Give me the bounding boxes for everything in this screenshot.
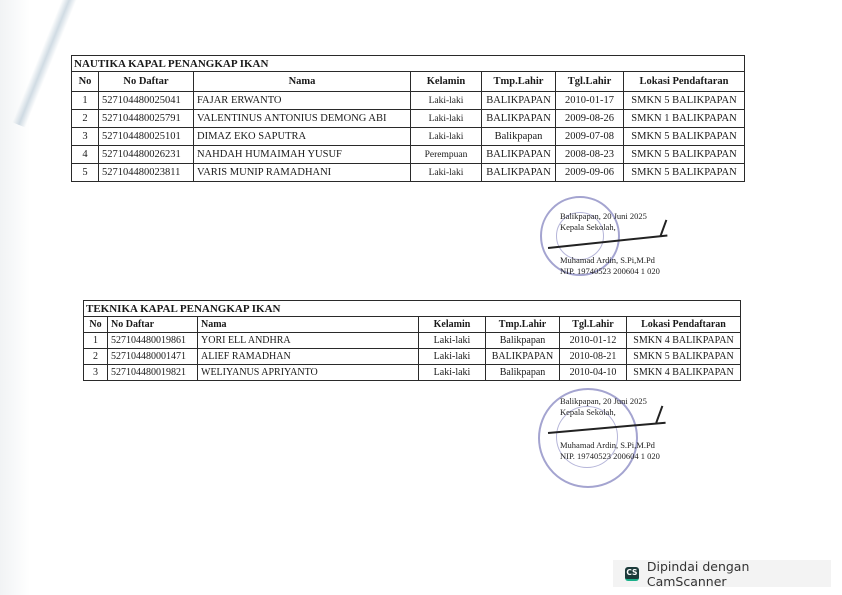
cell-tmp-lahir: BALIKPAPAN xyxy=(482,92,556,110)
cell-no: 3 xyxy=(84,365,108,381)
cell-no: 5 xyxy=(72,164,99,182)
table-title: TEKNIKA KAPAL PENANGKAP IKAN xyxy=(84,301,741,317)
cell-tgl-lahir: 2010-01-17 xyxy=(556,92,624,110)
signature-place-date: Balikpapan, 20 Juni 2025 xyxy=(560,396,660,407)
cell-tmp-lahir: Balikpapan xyxy=(482,128,556,146)
cell-no-daftar: 527104480001471 xyxy=(108,349,198,365)
signature-nip: NIP. 19740523 200604 1 020 xyxy=(560,451,660,462)
cell-kelamin: Laki-laki xyxy=(411,92,482,110)
header-tmp-lahir: Tmp.Lahir xyxy=(482,72,556,92)
cell-lokasi: SMKN 5 BALIKPAPAN xyxy=(624,92,745,110)
header-lokasi: Lokasi Pendaftaran xyxy=(627,317,741,333)
cell-tmp-lahir: BALIKPAPAN xyxy=(482,146,556,164)
table-body: 1527104480025041FAJAR ERWANTOLaki-lakiBA… xyxy=(72,92,745,182)
table-row: 1527104480019861YORI ELL ANDHRALaki-laki… xyxy=(84,333,741,349)
cell-tmp-lahir: BALIKPAPAN xyxy=(482,110,556,128)
cell-tgl-lahir: 2009-09-06 xyxy=(556,164,624,182)
cell-nama: WELIYANUS APRIYANTO xyxy=(198,365,419,381)
cell-no: 2 xyxy=(84,349,108,365)
header-no: No xyxy=(84,317,108,333)
cell-nama: VARIS MUNIP RAMADHANI xyxy=(194,164,411,182)
cell-no-daftar: 527104480023811 xyxy=(99,164,194,182)
camscanner-watermark: CS Dipindai dengan CamScanner xyxy=(613,560,831,587)
cell-tgl-lahir: 2010-08-21 xyxy=(560,349,627,365)
table-row: 3527104480025101DIMAZ EKO SAPUTRALaki-la… xyxy=(72,128,745,146)
cell-tgl-lahir: 2009-08-26 xyxy=(556,110,624,128)
header-tgl-lahir: Tgl.Lahir xyxy=(556,72,624,92)
cell-tgl-lahir: 2008-08-23 xyxy=(556,146,624,164)
camscanner-icon: CS xyxy=(625,567,639,581)
cell-kelamin: Laki-laki xyxy=(419,365,486,381)
cell-nama: FAJAR ERWANTO xyxy=(194,92,411,110)
signature-role: Kepala Sekolah, xyxy=(560,222,660,233)
cell-lokasi: SMKN 4 BALIKPAPAN xyxy=(627,333,741,349)
cell-lokasi: SMKN 5 BALIKPAPAN xyxy=(627,349,741,365)
cell-lokasi: SMKN 1 BALIKPAPAN xyxy=(624,110,745,128)
cell-nama: ALIEF RAMADHAN xyxy=(198,349,419,365)
table-row: 3527104480019821WELIYANUS APRIYANTOLaki-… xyxy=(84,365,741,381)
signature-role: Kepala Sekolah, xyxy=(560,407,660,418)
header-no-daftar: No Daftar xyxy=(99,72,194,92)
cell-kelamin: Perempuan xyxy=(411,146,482,164)
cell-kelamin: Laki-laki xyxy=(419,333,486,349)
cell-no-daftar: 527104480025041 xyxy=(99,92,194,110)
table-row: 2527104480001471ALIEF RAMADHANLaki-lakiB… xyxy=(84,349,741,365)
cell-kelamin: Laki-laki xyxy=(411,128,482,146)
cell-lokasi: SMKN 5 BALIKPAPAN xyxy=(624,128,745,146)
header-no: No xyxy=(72,72,99,92)
cell-tmp-lahir: BALIKPAPAN xyxy=(482,164,556,182)
header-kelamin: Kelamin xyxy=(411,72,482,92)
signature-name: Muhamad Ardin, S.Pi,M.Pd xyxy=(560,440,660,451)
cell-tmp-lahir: Balikpapan xyxy=(486,365,560,381)
cell-tgl-lahir: 2010-04-10 xyxy=(560,365,627,381)
cell-no-daftar: 527104480019861 xyxy=(108,333,198,349)
header-no-daftar: No Daftar xyxy=(108,317,198,333)
cell-no: 2 xyxy=(72,110,99,128)
table-teknika: TEKNIKA KAPAL PENANGKAP IKAN No No Dafta… xyxy=(83,300,741,381)
header-kelamin: Kelamin xyxy=(419,317,486,333)
table-row: 2527104480025791VALENTINUS ANTONIUS DEMO… xyxy=(72,110,745,128)
table-row: 5527104480023811VARIS MUNIP RAMADHANILak… xyxy=(72,164,745,182)
cell-lokasi: SMKN 4 BALIKPAPAN xyxy=(627,365,741,381)
camscanner-text: Dipindai dengan CamScanner xyxy=(647,559,831,589)
cell-nama: VALENTINUS ANTONIUS DEMONG ABI xyxy=(194,110,411,128)
table-title: NAUTIKA KAPAL PENANGKAP IKAN xyxy=(72,56,745,72)
table-row: 1527104480025041FAJAR ERWANTOLaki-lakiBA… xyxy=(72,92,745,110)
header-tmp-lahir: Tmp.Lahir xyxy=(486,317,560,333)
cell-no: 4 xyxy=(72,146,99,164)
header-tgl-lahir: Tgl.Lahir xyxy=(560,317,627,333)
cell-kelamin: Laki-laki xyxy=(411,110,482,128)
table-nautika: NAUTIKA KAPAL PENANGKAP IKAN No No Dafta… xyxy=(71,55,745,182)
cell-tmp-lahir: Balikpapan xyxy=(486,333,560,349)
cell-no-daftar: 527104480025791 xyxy=(99,110,194,128)
signature-place-date: Balikpapan, 20 Juni 2025 xyxy=(560,211,660,222)
cell-tgl-lahir: 2009-07-08 xyxy=(556,128,624,146)
cell-tgl-lahir: 2010-01-12 xyxy=(560,333,627,349)
cell-no: 3 xyxy=(72,128,99,146)
table-row: 4527104480026231NAHDAH HUMAIMAH YUSUFPer… xyxy=(72,146,745,164)
cell-lokasi: SMKN 5 BALIKPAPAN xyxy=(624,146,745,164)
cell-no-daftar: 527104480025101 xyxy=(99,128,194,146)
cell-nama: DIMAZ EKO SAPUTRA xyxy=(194,128,411,146)
cell-kelamin: Laki-laki xyxy=(419,349,486,365)
cell-tmp-lahir: BALIKPAPAN xyxy=(486,349,560,365)
table-body: 1527104480019861YORI ELL ANDHRALaki-laki… xyxy=(84,333,741,381)
header-lokasi: Lokasi Pendaftaran xyxy=(624,72,745,92)
signature-nip: NIP. 19740523 200604 1 020 xyxy=(560,266,660,277)
cell-no: 1 xyxy=(72,92,99,110)
cell-no: 1 xyxy=(84,333,108,349)
cell-nama: NAHDAH HUMAIMAH YUSUF xyxy=(194,146,411,164)
cell-nama: YORI ELL ANDHRA xyxy=(198,333,419,349)
header-nama: Nama xyxy=(194,72,411,92)
cell-no-daftar: 527104480019821 xyxy=(108,365,198,381)
header-nama: Nama xyxy=(198,317,419,333)
cell-no-daftar: 527104480026231 xyxy=(99,146,194,164)
signature-name: Muhamad Ardin, S.Pi,M.Pd xyxy=(560,255,660,266)
cell-kelamin: Laki-laki xyxy=(411,164,482,182)
cell-lokasi: SMKN 5 BALIKPAPAN xyxy=(624,164,745,182)
